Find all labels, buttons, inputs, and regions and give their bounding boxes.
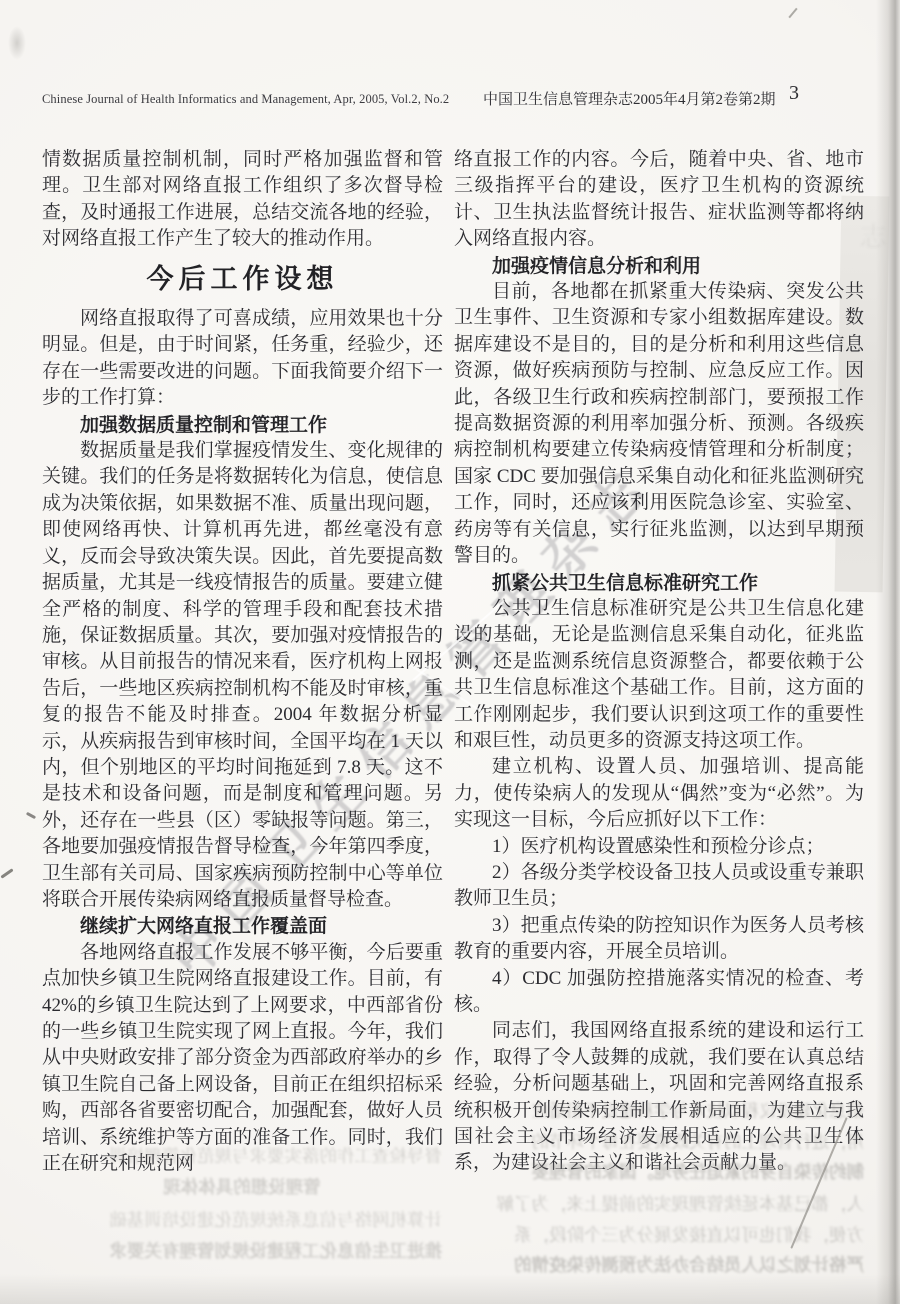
paragraph-analysis: 目前，各地都在抓紧重大传染病、突发公共卫生事件、卫生资源和专家小组数据库建设。数… (454, 279, 864, 569)
scan-smudge (8, 26, 26, 60)
article-body: 情数据质量控制机制，同时严格加强监督和管理。卫生部对网络直报工作组织了多次督导检… (42, 147, 864, 1177)
paragraph-mechanism: 建立机构、设置人员、加强培训、提高能力，使传染病人的发现从“偶然”变为“必然”。… (454, 754, 864, 833)
page-edge-bottom (0, 1274, 900, 1304)
subheading-coverage: 继续扩大网络直报工作覆盖面 (42, 913, 443, 939)
page-header: Chinese Journal of Health Informatics an… (0, 86, 900, 112)
list-item-4: 4）CDC 加强防控措施落实情况的检查、考核。 (454, 966, 864, 1019)
bleedthrough-line: 信息化建设议程以技术与学科建设不相适应 (452, 1096, 864, 1127)
journal-page: Chinese Journal of Health Informatics an… (0, 0, 900, 1304)
section-heading: 今后工作设想 (42, 267, 443, 293)
margin-tick-mark (26, 812, 36, 819)
page-edge-right (876, 0, 900, 1304)
paragraph-carryover: 络直报工作的内容。今后，随着中央、省、地市三级指挥平台的建设，医疗卫生机构的资源… (454, 147, 864, 253)
paragraph-data-quality: 数据质量是我们掌握疫情发生、变化规律的关键。我们的任务是将数据转化为信息，使信息… (42, 438, 443, 913)
list-item-1: 1）医疗机构设置感染性和预检分诊点； (454, 834, 864, 860)
paragraph-standards: 公共卫生信息标准研究是公共卫生信息化建设的基础，无论是监测信息采集自动化，征兆监… (454, 596, 864, 754)
journal-title-en: Chinese Journal of Health Informatics an… (42, 92, 449, 107)
bleedthrough-line: 督导检查工作的落实要求与规范化管理培训 (42, 1140, 442, 1172)
paragraph-carryover: 情数据质量控制机制，同时严格加强监督和管理。卫生部对网络直报工作组织了多次督导检… (42, 147, 443, 253)
subheading-data-quality: 加强数据质量控制和管理工作 (42, 412, 443, 438)
bleedthrough-text-left: 督导检查工作的落实要求与规范化管理培训 管理设想的具体体现 计算机网络与信息系统… (42, 1140, 442, 1268)
journal-title-cn: 中国卫生信息管理杂志2005年4月第2卷第2期 (483, 88, 776, 109)
left-edge-mark (0, 868, 13, 878)
page-number: 3 (789, 82, 799, 105)
scan-mark (788, 8, 797, 18)
bleedthrough-text-right: 信息化建设议程以技术与学科建设不相适应 用，进行管理上的有关政策要在每个环节的 … (452, 1096, 864, 1282)
bleedthrough-line: 计算机网络与信息系统规范化建设培训基础 (42, 1204, 442, 1236)
list-item-3: 3）把重点传染的防控知识作为医务人员考核教育的重要内容，开展全员培训。 (454, 913, 864, 966)
bleedthrough-line: 管理设想的具体体现 (42, 1172, 442, 1204)
bleedthrough-line: 制约传染自身的紧迫任务地。国家的管理要 (452, 1158, 864, 1189)
paragraph-intro: 网络直报取得了可喜成绩，应用效果也十分明显。但是，由于时间紧，任务重，经验少，还… (42, 306, 443, 412)
left-column: 情数据质量控制机制，同时严格加强监督和管理。卫生部对网络直报工作组织了多次督导检… (42, 147, 443, 1177)
list-item-2: 2）各级分类学校设备卫技人员或设重专兼职教师卫生员； (454, 860, 864, 913)
right-column: 络直报工作的内容。今后，随着中央、省、地市三级指挥平台的建设，医疗卫生机构的资源… (454, 147, 864, 1177)
bleedthrough-line: 推进卫生信息化工程建设规划管理有关要求 (42, 1236, 442, 1268)
subheading-analysis: 加强疫情信息分析和利用 (454, 253, 864, 279)
bleedthrough-line: 人，都已基本延续管理现实的前提上来，为了解 (452, 1189, 864, 1220)
bleedthrough-line: 用，进行管理上的有关政策要在每个环节的 (452, 1127, 864, 1158)
subheading-standards: 抓紧公共卫生信息标准研究工作 (454, 570, 864, 596)
